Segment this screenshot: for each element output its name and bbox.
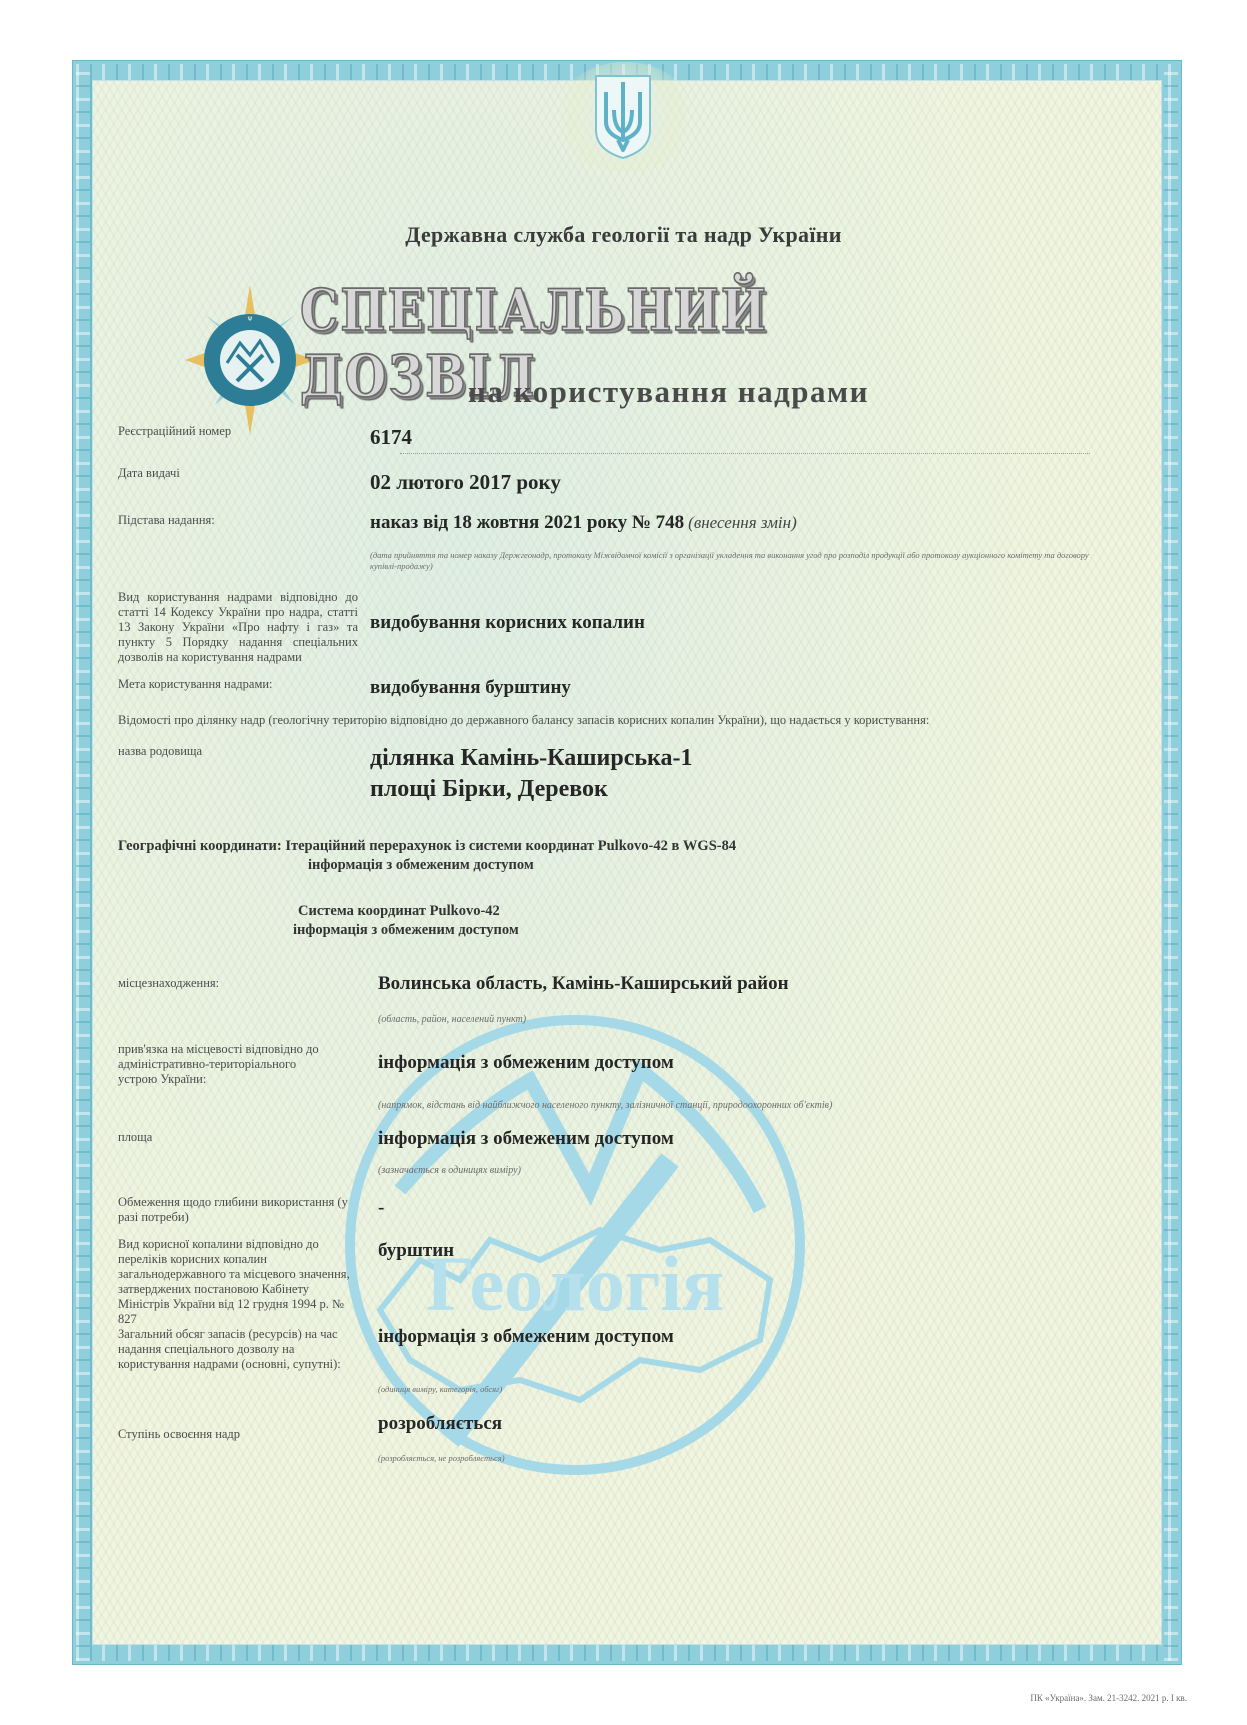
mineral-label: Вид корисної копалини відповідно до пере… xyxy=(118,1237,358,1327)
binding-hint: (напрямок, відстань від найближчого насе… xyxy=(378,1100,832,1111)
location-label: місцезнаходження: xyxy=(118,976,219,991)
geo-coords-line1: Географічні координати: Ітераційний пере… xyxy=(118,838,736,855)
basis-note: (внесення змін) xyxy=(688,513,797,532)
watermark-text: Геологія xyxy=(426,1240,724,1327)
reserves-label: Загальний обсяг запасів (ресурсів) на ча… xyxy=(118,1327,358,1372)
location-value: Волинська область, Камінь-Каширський рай… xyxy=(378,973,789,995)
location-hint: (область, район, населений пункт) xyxy=(378,1014,526,1025)
deposit-name-label: назва родовища xyxy=(118,744,202,759)
pulkovo-line2: інформація з обмеженим доступом xyxy=(293,922,519,939)
border-right xyxy=(1164,64,1178,1661)
reg-number-value: 6174 xyxy=(370,425,412,450)
document-subtitle: на користування надрами xyxy=(0,374,1247,410)
border-left xyxy=(76,64,90,1661)
basis-row: наказ від 18 жовтня 2021 року № 748 (вне… xyxy=(370,512,797,534)
area-hint: (зазначається в одиницях виміру) xyxy=(378,1165,521,1176)
pulkovo-line1: Система координат Pulkovo-42 xyxy=(298,903,500,920)
reserves-hint: (одиниця виміру, категорія, обсяг) xyxy=(378,1384,502,1394)
basis-hint: (дата прийняття та номер наказу Держгеон… xyxy=(370,550,1090,572)
depth-value: - xyxy=(378,1197,384,1219)
geology-service-logo: Ψ xyxy=(185,285,315,435)
development-hint: (розробляється, не розробляється) xyxy=(378,1453,505,1463)
purpose-label: Мета користування надрами: xyxy=(118,677,273,692)
divider xyxy=(400,453,1090,454)
use-type-label: Вид користування надрами відповідно до с… xyxy=(118,590,358,665)
basis-label: Підстава надання: xyxy=(118,513,215,528)
development-label: Ступінь освоєння надр xyxy=(118,1427,240,1442)
basis-value: наказ від 18 жовтня 2021 року № 748 xyxy=(370,512,684,533)
issue-date-label: Дата видачі xyxy=(118,466,180,481)
binding-label: прив'язка на місцевості відповідно до ад… xyxy=(118,1042,338,1087)
purpose-value: видобування бурштину xyxy=(370,677,571,699)
mineral-value: бурштин xyxy=(378,1240,454,1262)
binding-value: інформація з обмеженим доступом xyxy=(378,1052,674,1074)
trident-icon xyxy=(588,70,658,162)
issue-date-value: 02 лютого 2017 року xyxy=(370,470,561,495)
reserves-value: інформація з обмеженим доступом xyxy=(378,1326,674,1348)
deposit-name-line2: площі Бірки, Деревок xyxy=(370,776,608,803)
area-label: площа xyxy=(118,1130,152,1145)
svg-text:Ψ: Ψ xyxy=(248,316,253,323)
development-value: розробляється xyxy=(378,1413,502,1435)
agency-name: Державна служба геології та надр України xyxy=(0,222,1247,248)
geo-coords-line2: інформація з обмеженим доступом xyxy=(308,857,534,874)
use-type-value: видобування корисних копалин xyxy=(370,612,645,634)
site-info-label: Відомості про ділянку надр (геологічну т… xyxy=(118,713,1098,728)
printer-imprint: ПК «Україна». Зам. 21-3242. 2021 р. І кв… xyxy=(1030,1693,1187,1703)
reg-number-label: Реєстраційний номер xyxy=(118,424,231,439)
depth-label: Обмеження щодо глибини використання (у р… xyxy=(118,1195,348,1225)
area-value: інформація з обмеженим доступом xyxy=(378,1128,674,1150)
deposit-name-line1: ділянка Камінь-Каширська-1 xyxy=(370,745,693,772)
